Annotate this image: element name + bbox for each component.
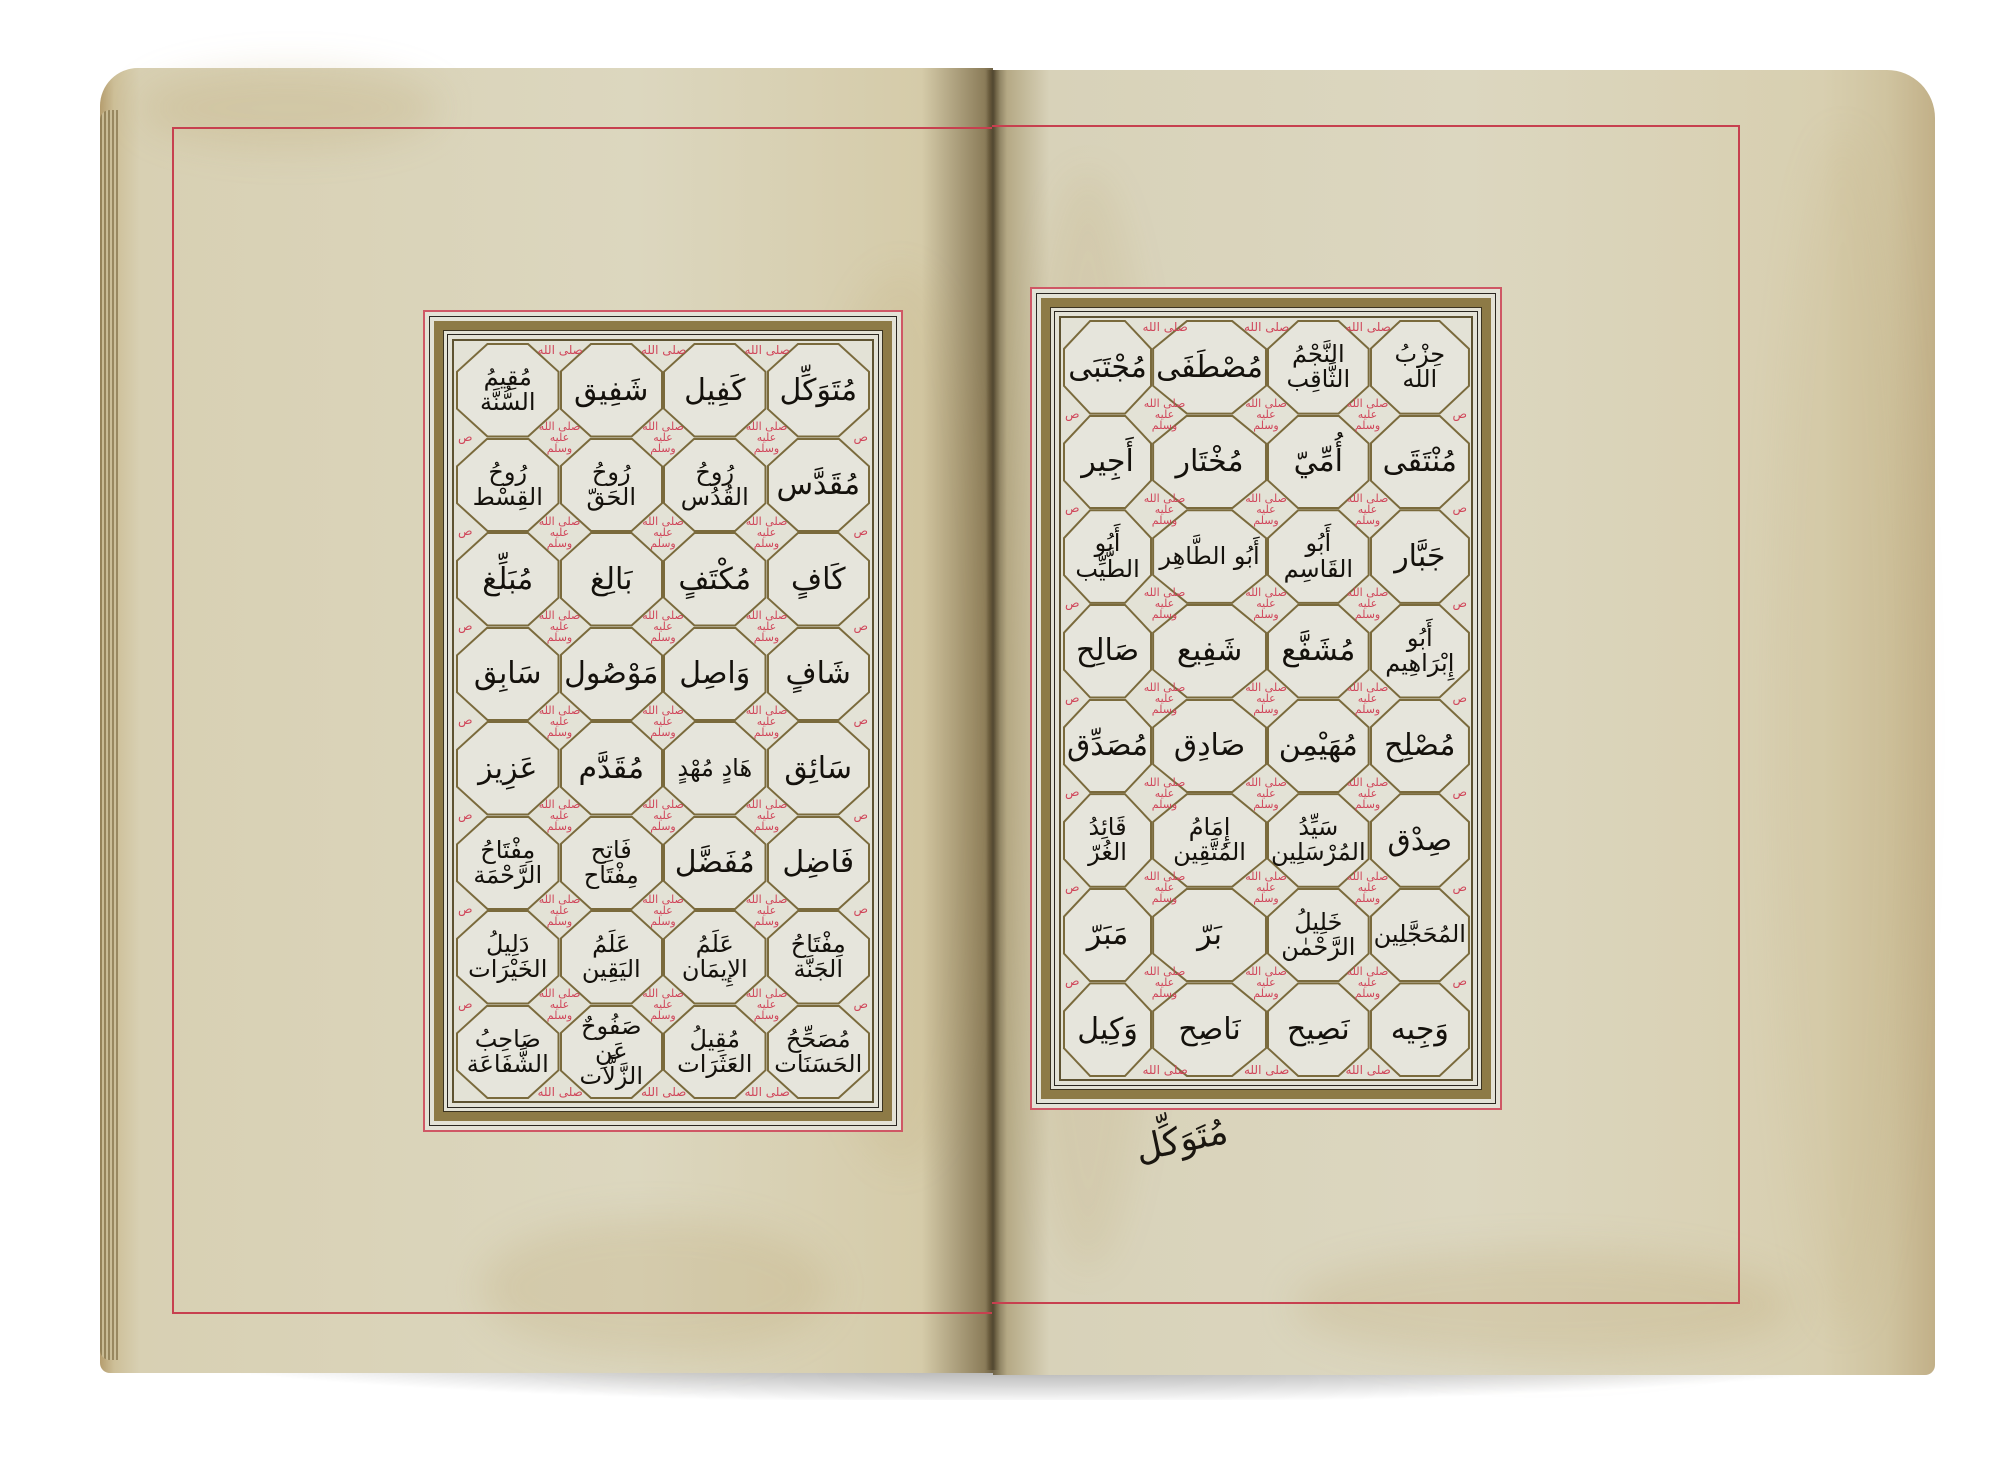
name-compartment: مُجْتَبَى bbox=[1063, 320, 1152, 415]
prophet-name: رُوحُ القِسْط bbox=[456, 460, 560, 510]
prophet-name: مُصْطَفَى bbox=[1152, 352, 1267, 384]
edge-rubric: ص bbox=[458, 430, 473, 444]
blessing-rubric: صلى الله عليه وسلم bbox=[745, 794, 789, 838]
blessing-rubric: صلى الله عليه وسلم bbox=[1143, 487, 1187, 531]
blessing-rubric: صلى الله عليه وسلم bbox=[1143, 960, 1187, 1004]
edge-rubric: ص bbox=[1065, 691, 1080, 705]
prophet-name: المُحَجَّلِين bbox=[1370, 922, 1470, 947]
prophet-name: سَيِّدُ المُرْسَلِين bbox=[1267, 815, 1370, 865]
prophet-name: مُقِيمُ السُّنَّة bbox=[456, 365, 560, 415]
name-compartment: أَبُو الطَّيِّب bbox=[1063, 509, 1152, 604]
prophet-name: سَابِق bbox=[470, 658, 546, 690]
edge-rubric: صلى الله bbox=[1143, 1063, 1188, 1077]
blessing-rubric: صلى الله عليه وسلم bbox=[641, 794, 685, 838]
blessing-rubric: صلى الله عليه وسلم bbox=[1346, 393, 1390, 437]
edge-rubric: ص bbox=[1065, 974, 1080, 988]
prophet-name: عَلَمُ اليَقِين bbox=[560, 932, 664, 982]
blessing-rubric: صلى الله عليه وسلم bbox=[641, 699, 685, 743]
blessing-rubric: صلى الله عليه وسلم bbox=[641, 605, 685, 649]
prophet-name: مَوْصُول bbox=[560, 658, 662, 690]
edge-rubric: صلى الله bbox=[1244, 1063, 1289, 1077]
prophet-name: شَافٍ bbox=[782, 658, 855, 690]
right-illuminated-panel: مُجْتَبَىمُصْطَفَىالنَّجْمُ الثَّاقِبحِز… bbox=[1030, 287, 1502, 1110]
edge-rubric: ص bbox=[853, 524, 868, 538]
prophet-name: صِدْق bbox=[1384, 825, 1457, 857]
prophet-name: قَائِدُ الغُرّ bbox=[1063, 815, 1152, 865]
prophet-name: حِزْبُ الله bbox=[1370, 342, 1470, 392]
prophet-name: مَبَرّ bbox=[1083, 919, 1133, 951]
blessing-rubric: صلى الله عليه وسلم bbox=[1143, 582, 1187, 626]
prophet-name: مُخْتَار bbox=[1171, 446, 1247, 478]
blessing-rubric: صلى الله عليه وسلم bbox=[1244, 487, 1288, 531]
blessing-rubric: صلى الله عليه وسلم bbox=[745, 983, 789, 1027]
prophet-name: مُصَحِّحُ الحَسَنَات bbox=[767, 1027, 871, 1077]
edge-rubric: ص bbox=[853, 997, 868, 1011]
prophet-name: صَادِق bbox=[1170, 730, 1249, 762]
prophet-name: مُهَيْمِن bbox=[1275, 730, 1362, 762]
prophet-name: مُجْتَبَى bbox=[1064, 352, 1151, 384]
blessing-rubric: صلى الله عليه وسلم bbox=[1143, 677, 1187, 721]
blessing-rubric: صلى الله عليه وسلم bbox=[745, 416, 789, 460]
prophet-name: صَالِح bbox=[1072, 635, 1143, 667]
edge-rubric: ص bbox=[853, 713, 868, 727]
edge-rubric: صلى الله bbox=[745, 1085, 790, 1099]
prophet-name: وَكِيل bbox=[1073, 1014, 1142, 1046]
edge-rubric: ص bbox=[1452, 785, 1467, 799]
blessing-rubric: صلى الله عليه وسلم bbox=[745, 510, 789, 554]
blessing-rubric: صلى الله عليه وسلم bbox=[538, 888, 582, 932]
name-compartment: أَجِير bbox=[1063, 415, 1152, 510]
edge-rubric: ص bbox=[853, 902, 868, 916]
blessing-rubric: صلى الله عليه وسلم bbox=[1143, 771, 1187, 815]
edge-rubric: ص bbox=[1065, 596, 1080, 610]
blessing-rubric: صلى الله عليه وسلم bbox=[1244, 677, 1288, 721]
blessing-rubric: صلى الله عليه وسلم bbox=[745, 699, 789, 743]
prophet-name: إِمَامُ المُتَّقِين bbox=[1152, 815, 1267, 865]
edge-rubric: صلى الله bbox=[745, 343, 790, 357]
prophet-name: شَفِيع bbox=[1173, 635, 1246, 667]
prophet-name: أَجِير bbox=[1077, 446, 1138, 478]
prophet-name: كَفِيل bbox=[680, 375, 749, 407]
edge-rubric: صلى الله bbox=[641, 343, 686, 357]
edge-rubric: ص bbox=[1452, 407, 1467, 421]
edge-rubric: صلى الله bbox=[1143, 320, 1188, 334]
blessing-rubric: صلى الله عليه وسلم bbox=[1346, 866, 1390, 910]
edge-rubric: ص bbox=[458, 524, 473, 538]
blessing-rubric: صلى الله عليه وسلم bbox=[1143, 866, 1187, 910]
edge-rubric: ص bbox=[1452, 880, 1467, 894]
prophet-name: مِفْتَاحُ الرَّحْمَة bbox=[456, 838, 560, 888]
name-compartment: قَائِدُ الغُرّ bbox=[1063, 793, 1152, 888]
blessing-rubric: صلى الله عليه وسلم bbox=[1244, 960, 1288, 1004]
edge-rubric: ص bbox=[1065, 501, 1080, 515]
prophet-name: هَادٍ مُهْدٍ bbox=[673, 756, 756, 781]
prophet-name: فَاضِل bbox=[778, 847, 858, 879]
edge-rubric: ص bbox=[853, 808, 868, 822]
edge-rubric: ص bbox=[458, 997, 473, 1011]
blessing-rubric: صلى الله عليه وسلم bbox=[1346, 677, 1390, 721]
page-edges bbox=[100, 110, 118, 1360]
prophet-name: عَلَمُ الإِيمَان bbox=[663, 932, 767, 982]
prophet-name: وَجِيه bbox=[1387, 1014, 1453, 1046]
edge-rubric: ص bbox=[458, 808, 473, 822]
blessing-rubric: صلى الله عليه وسلم bbox=[1143, 393, 1187, 437]
prophet-name: نَصِيح bbox=[1283, 1014, 1354, 1046]
prophet-name: أَبُو الطَّاهِر bbox=[1155, 544, 1263, 569]
prophet-name: مُتَوَكِّل bbox=[775, 375, 861, 407]
prophet-name: سَائِق bbox=[780, 753, 856, 785]
edge-rubric: ص bbox=[1065, 880, 1080, 894]
prophet-name: مُصَدِّق bbox=[1063, 730, 1152, 762]
blessing-rubric: صلى الله عليه وسلم bbox=[1244, 393, 1288, 437]
prophet-name: بَالِغ bbox=[586, 564, 637, 596]
blessing-rubric: صلى الله عليه وسلم bbox=[538, 794, 582, 838]
blessing-rubric: صلى الله عليه وسلم bbox=[641, 510, 685, 554]
blessing-rubric: صلى الله عليه وسلم bbox=[745, 888, 789, 932]
edge-rubric: صلى الله bbox=[1244, 320, 1289, 334]
blessing-rubric: صلى الله عليه وسلم bbox=[1346, 771, 1390, 815]
prophet-name: فَاتِح مِفْتَاح bbox=[560, 838, 664, 888]
name-compartment: وَكِيل bbox=[1063, 982, 1152, 1077]
prophet-name: كَافٍ bbox=[787, 564, 850, 596]
edge-rubric: ص bbox=[458, 713, 473, 727]
edge-rubric: ص bbox=[1452, 501, 1467, 515]
prophet-name: جَبَّار bbox=[1390, 541, 1449, 573]
prophet-name: مُبَلِّغ bbox=[478, 564, 537, 596]
blessing-rubric: صلى الله عليه وسلم bbox=[641, 888, 685, 932]
prophet-name: شَفِيق bbox=[570, 375, 652, 407]
edge-rubric: ص bbox=[1065, 785, 1080, 799]
prophet-name: مِفْتَاحُ الجَنَّة bbox=[767, 932, 871, 982]
prophet-name: بَرّ bbox=[1193, 919, 1226, 951]
edge-rubric: ص bbox=[458, 902, 473, 916]
prophet-name: صَاحِبُ الشَّفَاعَة bbox=[456, 1027, 560, 1077]
prophet-name: مُقِيلُ العَثَرَات bbox=[663, 1027, 767, 1077]
prophet-name: مُقَدَّم bbox=[574, 753, 648, 785]
prophet-name: رُوحُ القُدُس bbox=[663, 460, 767, 510]
blessing-rubric: صلى الله عليه وسلم bbox=[538, 510, 582, 554]
prophet-name: نَاصِح bbox=[1174, 1014, 1244, 1046]
prophet-name: أَبُو القَاسِم bbox=[1267, 531, 1370, 581]
blessing-rubric: صلى الله عليه وسلم bbox=[641, 416, 685, 460]
blessing-rubric: صلى الله عليه وسلم bbox=[1346, 487, 1390, 531]
prophet-name: وَاصِل bbox=[675, 658, 754, 690]
prophet-name: أُمِّيّ bbox=[1290, 446, 1347, 478]
prophet-name: مُشَفَّع bbox=[1277, 635, 1359, 667]
blessing-rubric: صلى الله عليه وسلم bbox=[538, 699, 582, 743]
prophet-name: أَبُو الطَّيِّب bbox=[1063, 531, 1152, 581]
blessing-rubric: صلى الله عليه وسلم bbox=[745, 605, 789, 649]
blessing-rubric: صلى الله عليه وسلم bbox=[1346, 582, 1390, 626]
edge-rubric: ص bbox=[853, 619, 868, 633]
left-names-grid: مُقِيمُ السُّنَّةشَفِيقكَفِيلمُتَوَكِّلر… bbox=[456, 343, 870, 1099]
edge-rubric: ص bbox=[853, 430, 868, 444]
blessing-rubric: صلى الله عليه وسلم bbox=[538, 983, 582, 1027]
name-compartment: مَبَرّ bbox=[1063, 888, 1152, 983]
blessing-rubric: صلى الله عليه وسلم bbox=[1244, 771, 1288, 815]
name-compartment: صَالِح bbox=[1063, 604, 1152, 699]
blessing-rubric: صلى الله عليه وسلم bbox=[538, 416, 582, 460]
prophet-name: دَلِيلُ الخَيْرَات bbox=[456, 932, 560, 982]
right-names-grid: مُجْتَبَىمُصْطَفَىالنَّجْمُ الثَّاقِبحِز… bbox=[1063, 320, 1469, 1077]
blessing-rubric: صلى الله عليه وسلم bbox=[1244, 866, 1288, 910]
prophet-name: مُكْتَفٍ bbox=[674, 564, 755, 596]
edge-rubric: ص bbox=[1452, 974, 1467, 988]
edge-rubric: صلى الله bbox=[1346, 320, 1391, 334]
blessing-rubric: صلى الله عليه وسلم bbox=[1346, 960, 1390, 1004]
name-compartment: مُصَدِّق bbox=[1063, 699, 1152, 794]
edge-rubric: ص bbox=[1452, 691, 1467, 705]
prophet-name: أَبُو إِبْرَاهِيم bbox=[1370, 626, 1470, 676]
blessing-rubric: صلى الله عليه وسلم bbox=[1244, 582, 1288, 626]
edge-rubric: صلى الله bbox=[1346, 1063, 1391, 1077]
blessing-rubric: صلى الله عليه وسلم bbox=[538, 605, 582, 649]
edge-rubric: ص bbox=[458, 619, 473, 633]
prophet-name: مُفَضَّل bbox=[671, 847, 759, 879]
edge-rubric: صلى الله bbox=[538, 343, 583, 357]
prophet-name: النَّجْمُ الثَّاقِب bbox=[1267, 342, 1370, 392]
prophet-name: مُنْتَقَى bbox=[1379, 446, 1461, 478]
blessing-rubric: صلى الله عليه وسلم bbox=[641, 983, 685, 1027]
edge-rubric: ص bbox=[1065, 407, 1080, 421]
prophet-name: خَلِيلُ الرَّحْمٰن bbox=[1267, 910, 1370, 960]
prophet-name: مُصْلِح bbox=[1380, 730, 1459, 762]
prophet-name: رُوحُ الحَقّ bbox=[560, 460, 664, 510]
left-illuminated-panel: مُقِيمُ السُّنَّةشَفِيقكَفِيلمُتَوَكِّلر… bbox=[423, 310, 903, 1132]
prophet-name: عَزِيز bbox=[474, 753, 541, 785]
edge-rubric: ص bbox=[1452, 596, 1467, 610]
prophet-name: مُقَدَّس bbox=[772, 469, 864, 501]
